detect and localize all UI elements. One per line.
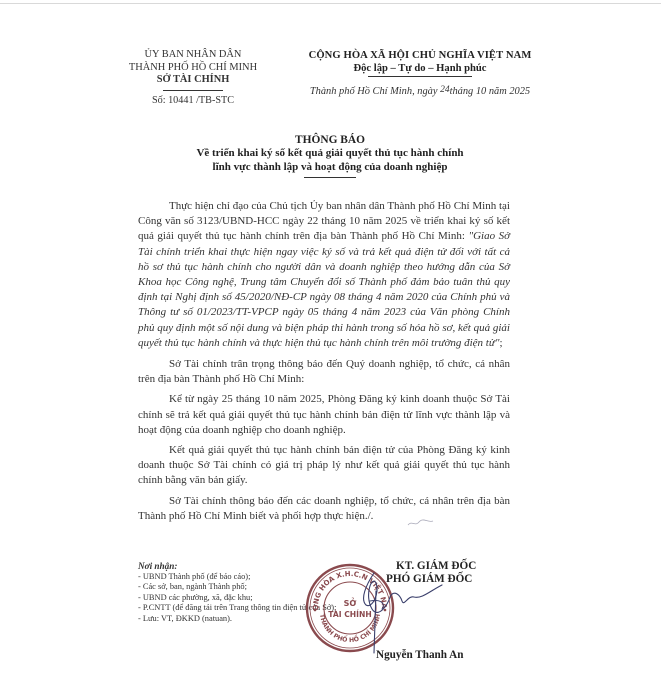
body-paragraph-2: Sở Tài chính trân trọng thông báo đến Qu… — [138, 357, 510, 387]
place-date-prefix: Thành phố Hồ Chí Minh, ngày — [310, 86, 440, 97]
document-number: Số: 10441 /TB-STC — [118, 95, 268, 108]
issuing-authority-block: ỦY BAN NHÂN DÂN THÀNH PHỐ HỒ CHÍ MINH SỞ… — [118, 49, 268, 107]
initial-mark-icon — [406, 518, 434, 528]
paragraph-1-quote: "Giao Sở Tài chính triển khai thực hiện … — [138, 230, 510, 348]
document-subtitle-line-2: lĩnh vực thành lập và hoạt động của doan… — [130, 161, 530, 175]
org-line-2: THÀNH PHỐ HỒ CHÍ MINH — [118, 62, 268, 75]
document-page: ỦY BAN NHÂN DÂN THÀNH PHỐ HỒ CHÍ MINH SỞ… — [0, 0, 661, 682]
document-title-block: THÔNG BÁO Về triển khai ký số kết quả gi… — [130, 133, 530, 178]
body-paragraph-1: Thực hiện chỉ đạo của Chủ tịch Ủy ban nh… — [138, 199, 510, 351]
header-left-divider — [163, 90, 223, 91]
document-body: Thực hiện chỉ đạo của Chủ tịch Ủy ban nh… — [138, 199, 510, 529]
place-date-suffix: tháng 10 năm 2025 — [450, 86, 531, 97]
body-paragraph-3: Kể từ ngày 25 tháng 10 năm 2025, Phòng Đ… — [138, 392, 510, 438]
place-date-day: 24 — [440, 85, 450, 95]
document-subtitle-line-1: Về triển khai ký số kết quả giải quyết t… — [130, 147, 530, 161]
document-heading: THÔNG BÁO — [130, 133, 530, 147]
national-motto: Độc lập – Tự do – Hạnh phúc — [290, 62, 550, 75]
national-header-block: CỘNG HÒA XÃ HỘI CHỦ NGHĨA VIỆT NAM Độc l… — [290, 49, 550, 77]
paragraph-1-intro: Thực hiện chỉ đạo của Chủ tịch Ủy ban nh… — [138, 200, 510, 242]
department-name: SỞ TÀI CHÍNH — [118, 74, 268, 87]
body-paragraph-4: Kết quả giải quyết thủ tục hành chính bả… — [138, 443, 510, 489]
title-underline — [304, 177, 356, 178]
nation-name: CỘNG HÒA XÃ HỘI CHỦ NGHĨA VIỆT NAM — [290, 49, 550, 62]
handwritten-signature-icon — [330, 565, 480, 655]
place-and-date: Thành phố Hồ Chí Minh, ngày 24tháng 10 n… — [290, 86, 550, 97]
motto-underline — [368, 76, 472, 77]
paragraph-1-end: ; — [500, 337, 503, 349]
org-line-1: ỦY BAN NHÂN DÂN — [118, 49, 268, 62]
signer-name: Nguyễn Thanh An — [376, 649, 463, 661]
body-paragraph-5: Sở Tài chính thông báo đến các doanh ngh… — [138, 494, 510, 524]
